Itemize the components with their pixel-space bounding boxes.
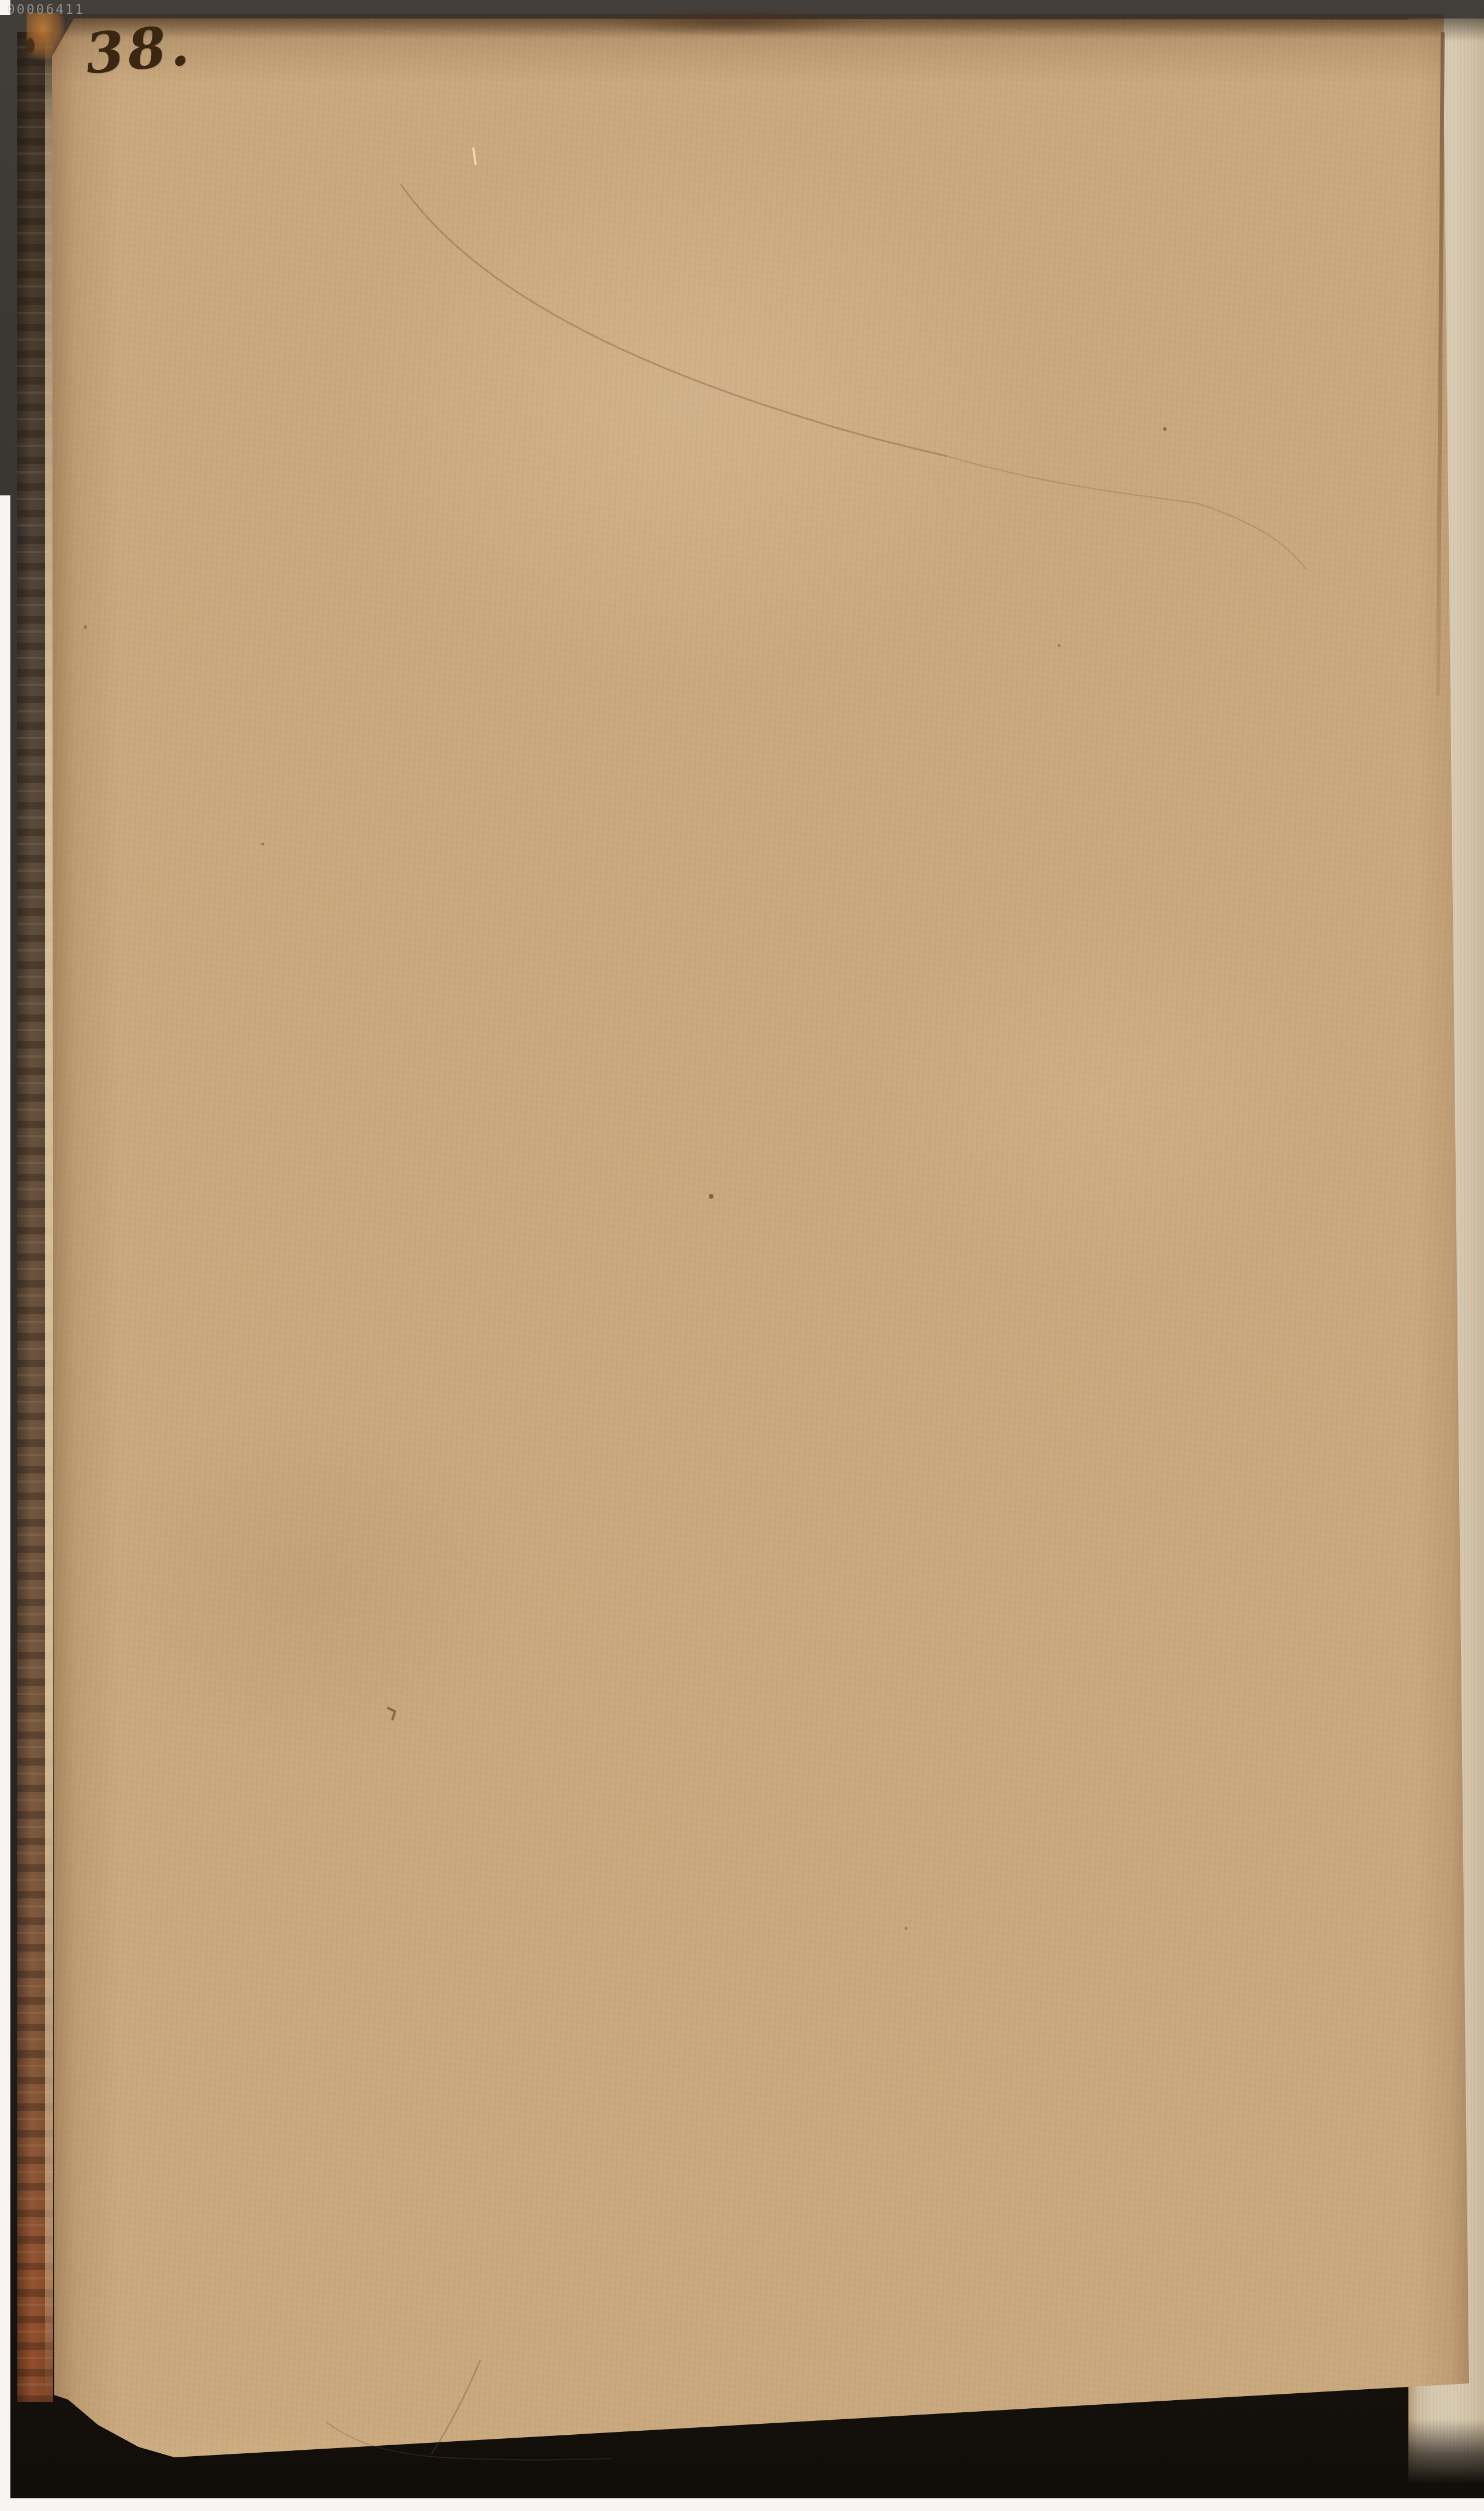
page-number-annotation: 38.	[83, 17, 195, 82]
page-corner-stain	[27, 13, 65, 60]
book-scan-canvas: 38. 00006411	[0, 0, 1484, 2511]
page-top-shadow-blotch	[600, 9, 866, 36]
page-corner-dark-spot	[25, 38, 35, 53]
scanner-margin-left	[0, 495, 10, 2511]
album-page	[52, 16, 1471, 2467]
scanner-margin-bottom	[0, 2498, 1484, 2511]
scan-id-watermark: 00006411	[7, 2, 85, 17]
page-edge-highlight	[45, 24, 53, 2403]
